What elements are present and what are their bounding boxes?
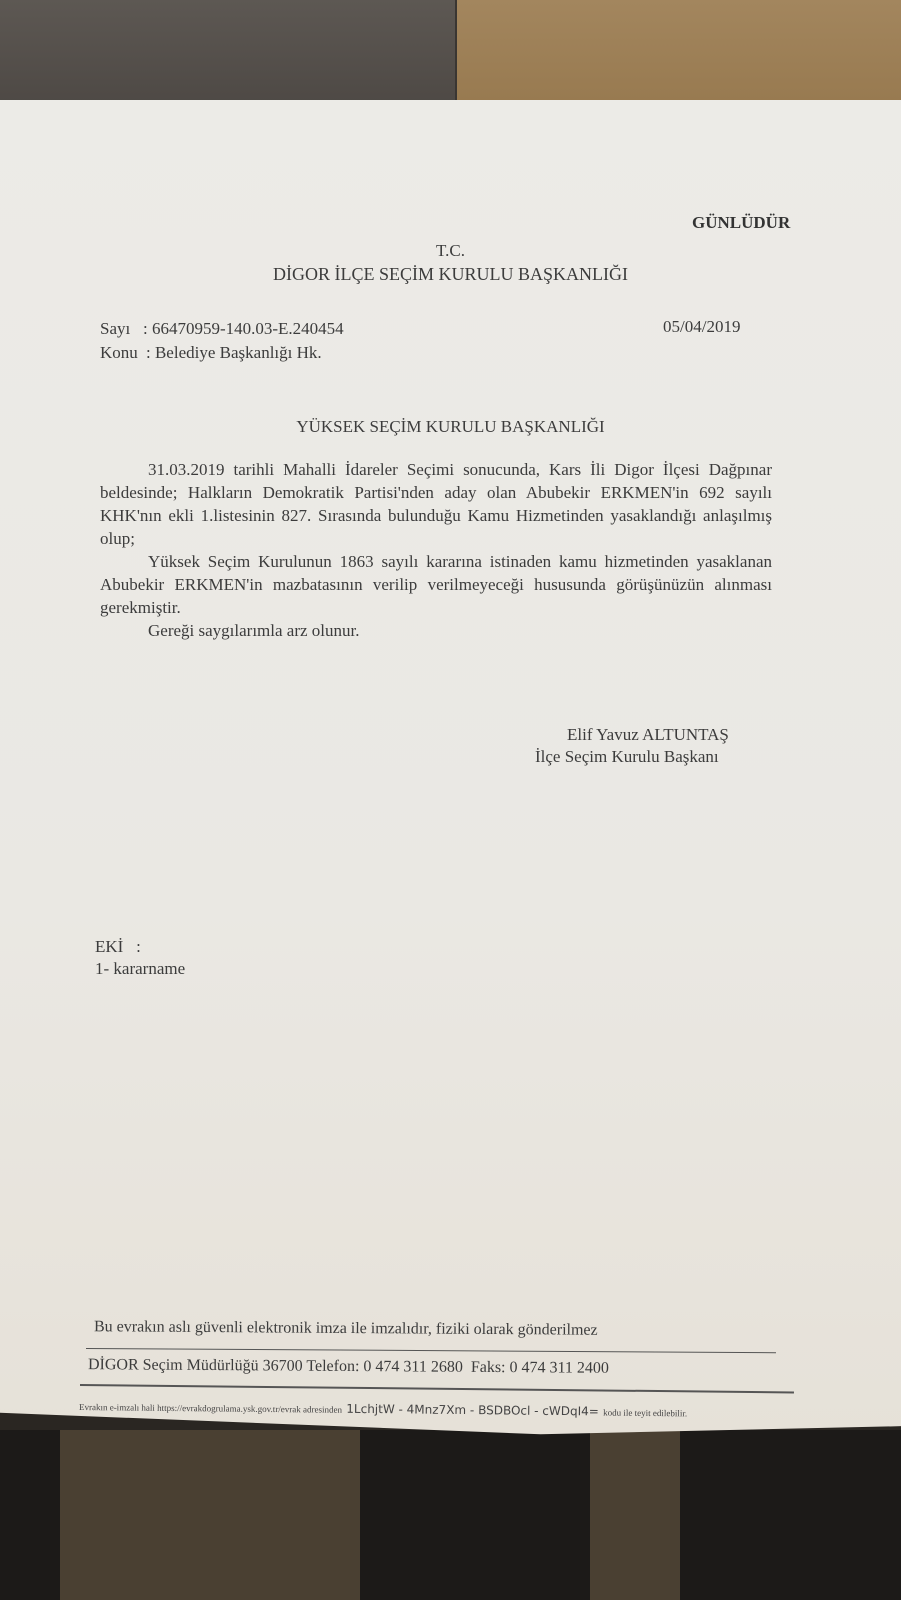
footer-verification: Evrakın e-imzalı hali https://evrakdogru…	[79, 1394, 687, 1424]
verification-prefix: Evrakın e-imzalı hali https://evrakdogru…	[79, 1402, 342, 1415]
header-authority: DİGOR İLÇE SEÇİM KURULU BAŞKANLIĞI	[0, 263, 901, 285]
footer-contact: DİGOR Seçim Müdürlüğü 36700 Telefon: 0 4…	[88, 1354, 609, 1380]
stamp-gunludur: GÜNLÜDÜR	[692, 212, 790, 234]
konu-value: : Belediye Başkanlığı Hk.	[146, 342, 322, 364]
konu-label: Konu	[100, 342, 138, 364]
body-paragraph: 31.03.2019 tarihli Mahalli İdareler Seçi…	[100, 458, 772, 550]
signatory-name: Elif Yavuz ALTUNTAŞ	[567, 724, 729, 746]
body-paragraph: Yüksek Seçim Kurulunun 1863 sayılı karar…	[100, 550, 772, 619]
verification-code: 1LchjtW - 4Mnz7Xm - BSDBOcl - cWDqI4=	[346, 1402, 599, 1419]
background-stripe	[60, 1430, 360, 1600]
sayi-value: : 66470959-140.03-E.240454	[143, 318, 344, 340]
background-stripe	[590, 1430, 680, 1600]
verification-suffix: kodu ile teyit edilebilir.	[603, 1407, 687, 1418]
attachment-item: 1- kararname	[95, 958, 185, 980]
sayi-label: Sayı	[100, 318, 130, 340]
document-paper	[0, 100, 901, 1445]
background-seam	[455, 0, 457, 105]
header-state: T.C.	[0, 240, 901, 262]
recipient: YÜKSEK SEÇİM KURULU BAŞKANLIĞI	[0, 416, 901, 438]
footer-notice: Bu evrakın aslı güvenli elektronik imza …	[94, 1316, 598, 1342]
attachments-label: EKİ :	[95, 936, 141, 958]
body-paragraph: Gereği saygılarımla arz olunur.	[100, 619, 772, 642]
document-body: 31.03.2019 tarihli Mahalli İdareler Seçi…	[100, 458, 772, 642]
background-leather-surface	[456, 0, 901, 110]
background-gray-surface	[0, 0, 456, 110]
document-date: 05/04/2019	[663, 316, 740, 338]
signatory-title: İlçe Seçim Kurulu Başkanı	[535, 746, 719, 768]
